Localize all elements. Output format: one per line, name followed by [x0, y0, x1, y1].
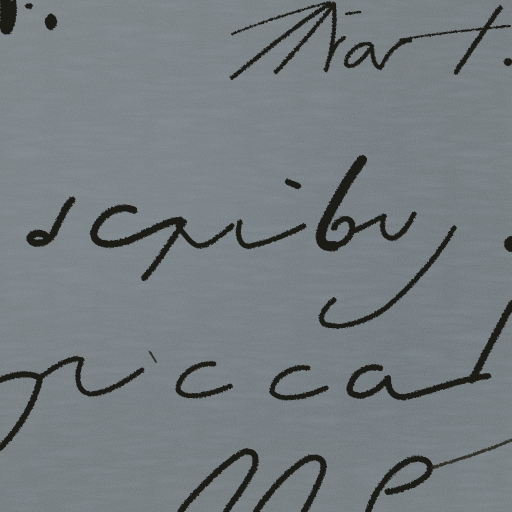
manuscript-paper: Mart. scriby pucal me: [0, 0, 512, 512]
handwriting-strokes: [0, 0, 512, 512]
